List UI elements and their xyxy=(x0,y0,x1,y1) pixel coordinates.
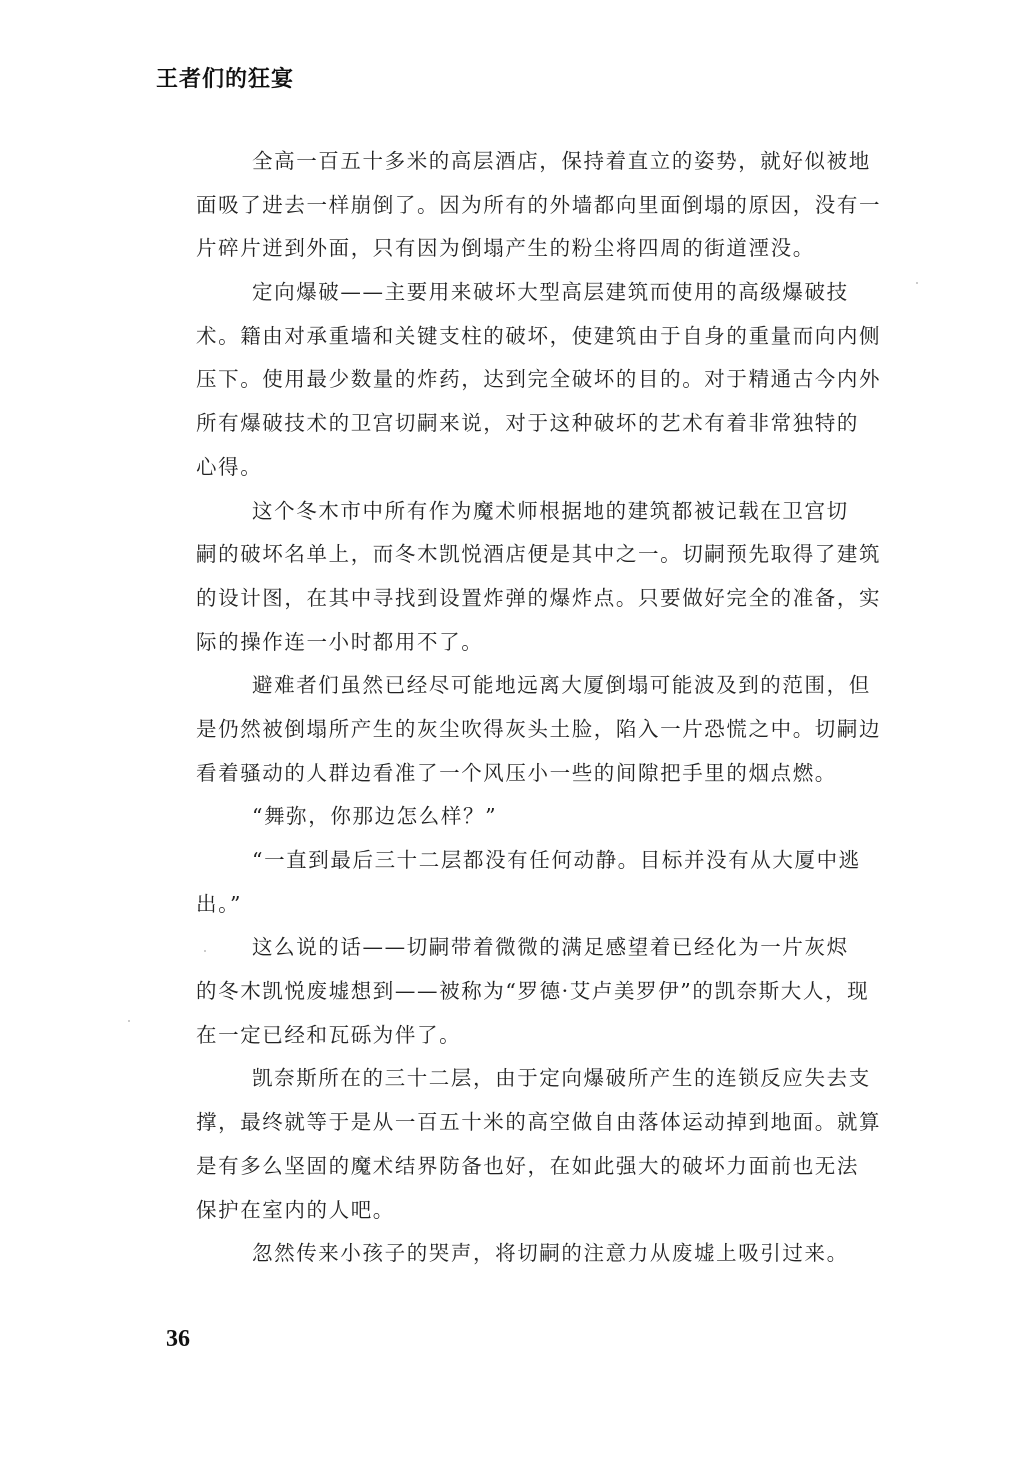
text-line: 撑，最终就等于是从一百五十米的高空做自由落体运动掉到地面。就算 xyxy=(196,1101,921,1145)
text-line: 术。籍由对承重墙和关键支柱的破坏，使建筑由于自身的重量而向内侧 xyxy=(196,315,921,359)
page-number: 36 xyxy=(166,1326,190,1353)
text-line: 保护在室内的人吧。 xyxy=(196,1189,921,1233)
scan-speck xyxy=(204,950,206,952)
text-line: 全高一百五十多米的高层酒店，保持着直立的姿势，就好似被地 xyxy=(196,140,921,184)
text-line: 嗣的破坏名单上，而冬木凯悦酒店便是其中之一。切嗣预先取得了建筑 xyxy=(196,533,921,577)
text-line: 的设计图，在其中寻找到设置炸弹的爆炸点。只要做好完全的准备，实 xyxy=(196,577,921,621)
body-text: 全高一百五十多米的高层酒店，保持着直立的姿势，就好似被地面吸了进去一样崩倒了。因… xyxy=(196,140,921,1276)
text-line: 忽然传来小孩子的哭声，将切嗣的注意力从废墟上吸引过来。 xyxy=(196,1232,921,1276)
text-line: 的冬木凯悦废墟想到——被称为“罗德·艾卢美罗伊”的凯奈斯大人，现 xyxy=(196,970,921,1014)
text-line: 出。” xyxy=(196,883,921,927)
text-line: 面吸了进去一样崩倒了。因为所有的外墙都向里面倒塌的原因，没有一 xyxy=(196,184,921,228)
text-line: 所有爆破技术的卫宫切嗣来说，对于这种破坏的艺术有着非常独特的 xyxy=(196,402,921,446)
text-line: 这么说的话——切嗣带着微微的满足感望着已经化为一片灰烬 xyxy=(196,926,921,970)
text-line: “舞弥，你那边怎么样？” xyxy=(196,795,921,839)
running-head-title: 王者们的狂宴 xyxy=(156,62,294,93)
text-line: 看着骚动的人群边看准了一个风压小一些的间隙把手里的烟点燃。 xyxy=(196,752,921,796)
text-line: 避难者们虽然已经尽可能地远离大厦倒塌可能波及到的范围，但 xyxy=(196,664,921,708)
text-line: 压下。使用最少数量的炸药，达到完全破坏的目的。对于精通古今内外 xyxy=(196,358,921,402)
scan-speck xyxy=(128,1020,130,1022)
text-line: 凯奈斯所在的三十二层，由于定向爆破所产生的连锁反应失去支 xyxy=(196,1057,921,1101)
text-line: 片碎片迸到外面，只有因为倒塌产生的粉尘将四周的街道湮没。 xyxy=(196,227,921,271)
text-line: 定向爆破——主要用来破坏大型高层建筑而使用的高级爆破技 xyxy=(196,271,921,315)
text-line: “一直到最后三十二层都没有任何动静。目标并没有从大厦中逃 xyxy=(196,839,921,883)
text-line: 这个冬木市中所有作为魔术师根据地的建筑都被记载在卫宫切 xyxy=(196,490,921,534)
text-line: 在一定已经和瓦砾为伴了。 xyxy=(196,1014,921,1058)
scan-speck xyxy=(916,282,918,284)
text-line: 是仍然被倒塌所产生的灰尘吹得灰头土脸，陷入一片恐慌之中。切嗣边 xyxy=(196,708,921,752)
text-line: 际的操作连一小时都用不了。 xyxy=(196,621,921,665)
text-line: 是有多么坚固的魔术结界防备也好，在如此强大的破坏力面前也无法 xyxy=(196,1145,921,1189)
text-line: 心得。 xyxy=(196,446,921,490)
